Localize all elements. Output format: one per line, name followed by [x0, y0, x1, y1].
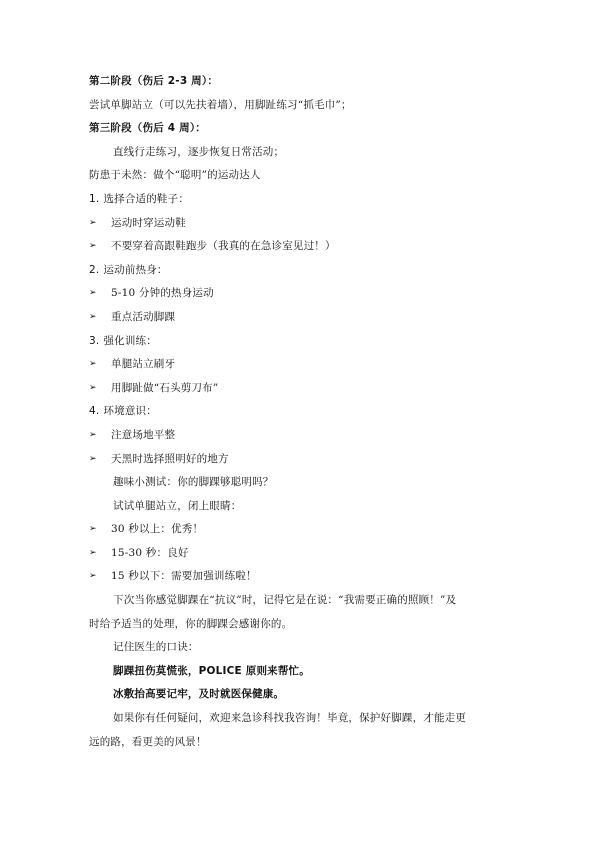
- arrow-bullet-icon: ➢: [89, 212, 109, 236]
- list-item: ➢ 5-10 分钟的热身运动: [89, 282, 529, 306]
- section-number: 4.: [89, 405, 99, 417]
- arrow-bullet-icon: ➢: [89, 448, 109, 472]
- quiz-result-item: ➢ 15 秒以下：需要加强训练啦！: [89, 565, 529, 589]
- arrow-bullet-icon: ➢: [89, 565, 109, 589]
- arrow-bullet-icon: ➢: [89, 542, 109, 566]
- mnemonic-line-2: 冰敷抬高要记牢，及时就医保健康。: [89, 683, 529, 707]
- section-title: 强化训练：: [103, 335, 157, 347]
- document-page: 第二阶段（伤后 2-3 周）： 尝试单脚站立（可以先扶着墙），用脚趾练习“抓毛巾…: [89, 70, 529, 754]
- section-1-heading: 1.选择合适的鞋子：: [89, 188, 529, 212]
- quiz-title: 趣味小测试：你的脚踝够聪明吗？: [89, 471, 529, 495]
- section-4-heading: 4.环境意识：: [89, 400, 529, 424]
- arrow-bullet-icon: ➢: [89, 282, 109, 306]
- closing-paragraph-1-line-2: 时给予适当的处理，你的脚踝会感谢你的。: [89, 613, 529, 637]
- quiz-result-item: ➢ 30 秒以上：优秀！: [89, 518, 529, 542]
- section-number: 2.: [89, 264, 99, 276]
- mnemonic-line-1: 脚踝扭伤莫慌张，POLICE 原则来帮忙。: [89, 660, 529, 684]
- arrow-bullet-icon: ➢: [89, 353, 109, 377]
- section-title: 运动前热身：: [103, 264, 167, 276]
- list-item: ➢ 运动时穿运动鞋: [89, 212, 529, 236]
- list-item: ➢ 不要穿着高跟鞋跑步（我真的在急诊室见过！）: [89, 235, 529, 259]
- closing-paragraph-2-line-1: 如果你有任何疑问，欢迎来急诊科找我咨询！毕竟，保护好脚踝，才能走更: [89, 707, 529, 731]
- stage3-heading: 第三阶段（伤后 4 周）：: [89, 117, 529, 141]
- section-number: 1.: [89, 193, 99, 205]
- list-item: ➢ 天黑时选择照明好的地方: [89, 448, 529, 472]
- quiz-result-item: ➢ 15-30 秒：良好: [89, 542, 529, 566]
- stage3-text: 直线行走练习，逐步恢复日常活动；: [89, 141, 529, 165]
- section-number: 3.: [89, 335, 99, 347]
- section-title: 选择合适的鞋子：: [103, 193, 189, 205]
- closing-paragraph-1-line-1: 下次当你感觉脚踝在“抗议”时，记得它是在说：“我需要正确的照顾！”及: [89, 589, 529, 613]
- section-title: 环境意识：: [103, 405, 157, 417]
- quiz-instruction: 试试单腿站立，闭上眼睛：: [89, 495, 529, 519]
- stage2-heading: 第二阶段（伤后 2-3 周）：: [89, 70, 529, 94]
- arrow-bullet-icon: ➢: [89, 377, 109, 401]
- list-item: ➢ 注意场地平整: [89, 424, 529, 448]
- arrow-bullet-icon: ➢: [89, 424, 109, 448]
- list-item: ➢ 用脚趾做“石头剪刀布”: [89, 377, 529, 401]
- section-2-heading: 2.运动前热身：: [89, 259, 529, 283]
- list-item: ➢ 单腿站立刷牙: [89, 353, 529, 377]
- list-item: ➢ 重点活动脚踝: [89, 306, 529, 330]
- arrow-bullet-icon: ➢: [89, 306, 109, 330]
- section-3-heading: 3.强化训练：: [89, 330, 529, 354]
- stage2-text: 尝试单脚站立（可以先扶着墙），用脚趾练习“抓毛巾”；: [89, 94, 529, 118]
- arrow-bullet-icon: ➢: [89, 518, 109, 542]
- prevention-title: 防患于未然：做个“聪明”的运动达人: [89, 164, 529, 188]
- closing-paragraph-2-line-2: 远的路，看更美的风景！: [89, 731, 529, 755]
- arrow-bullet-icon: ➢: [89, 235, 109, 259]
- mnemonic-intro: 记住医生的口诀：: [89, 636, 529, 660]
